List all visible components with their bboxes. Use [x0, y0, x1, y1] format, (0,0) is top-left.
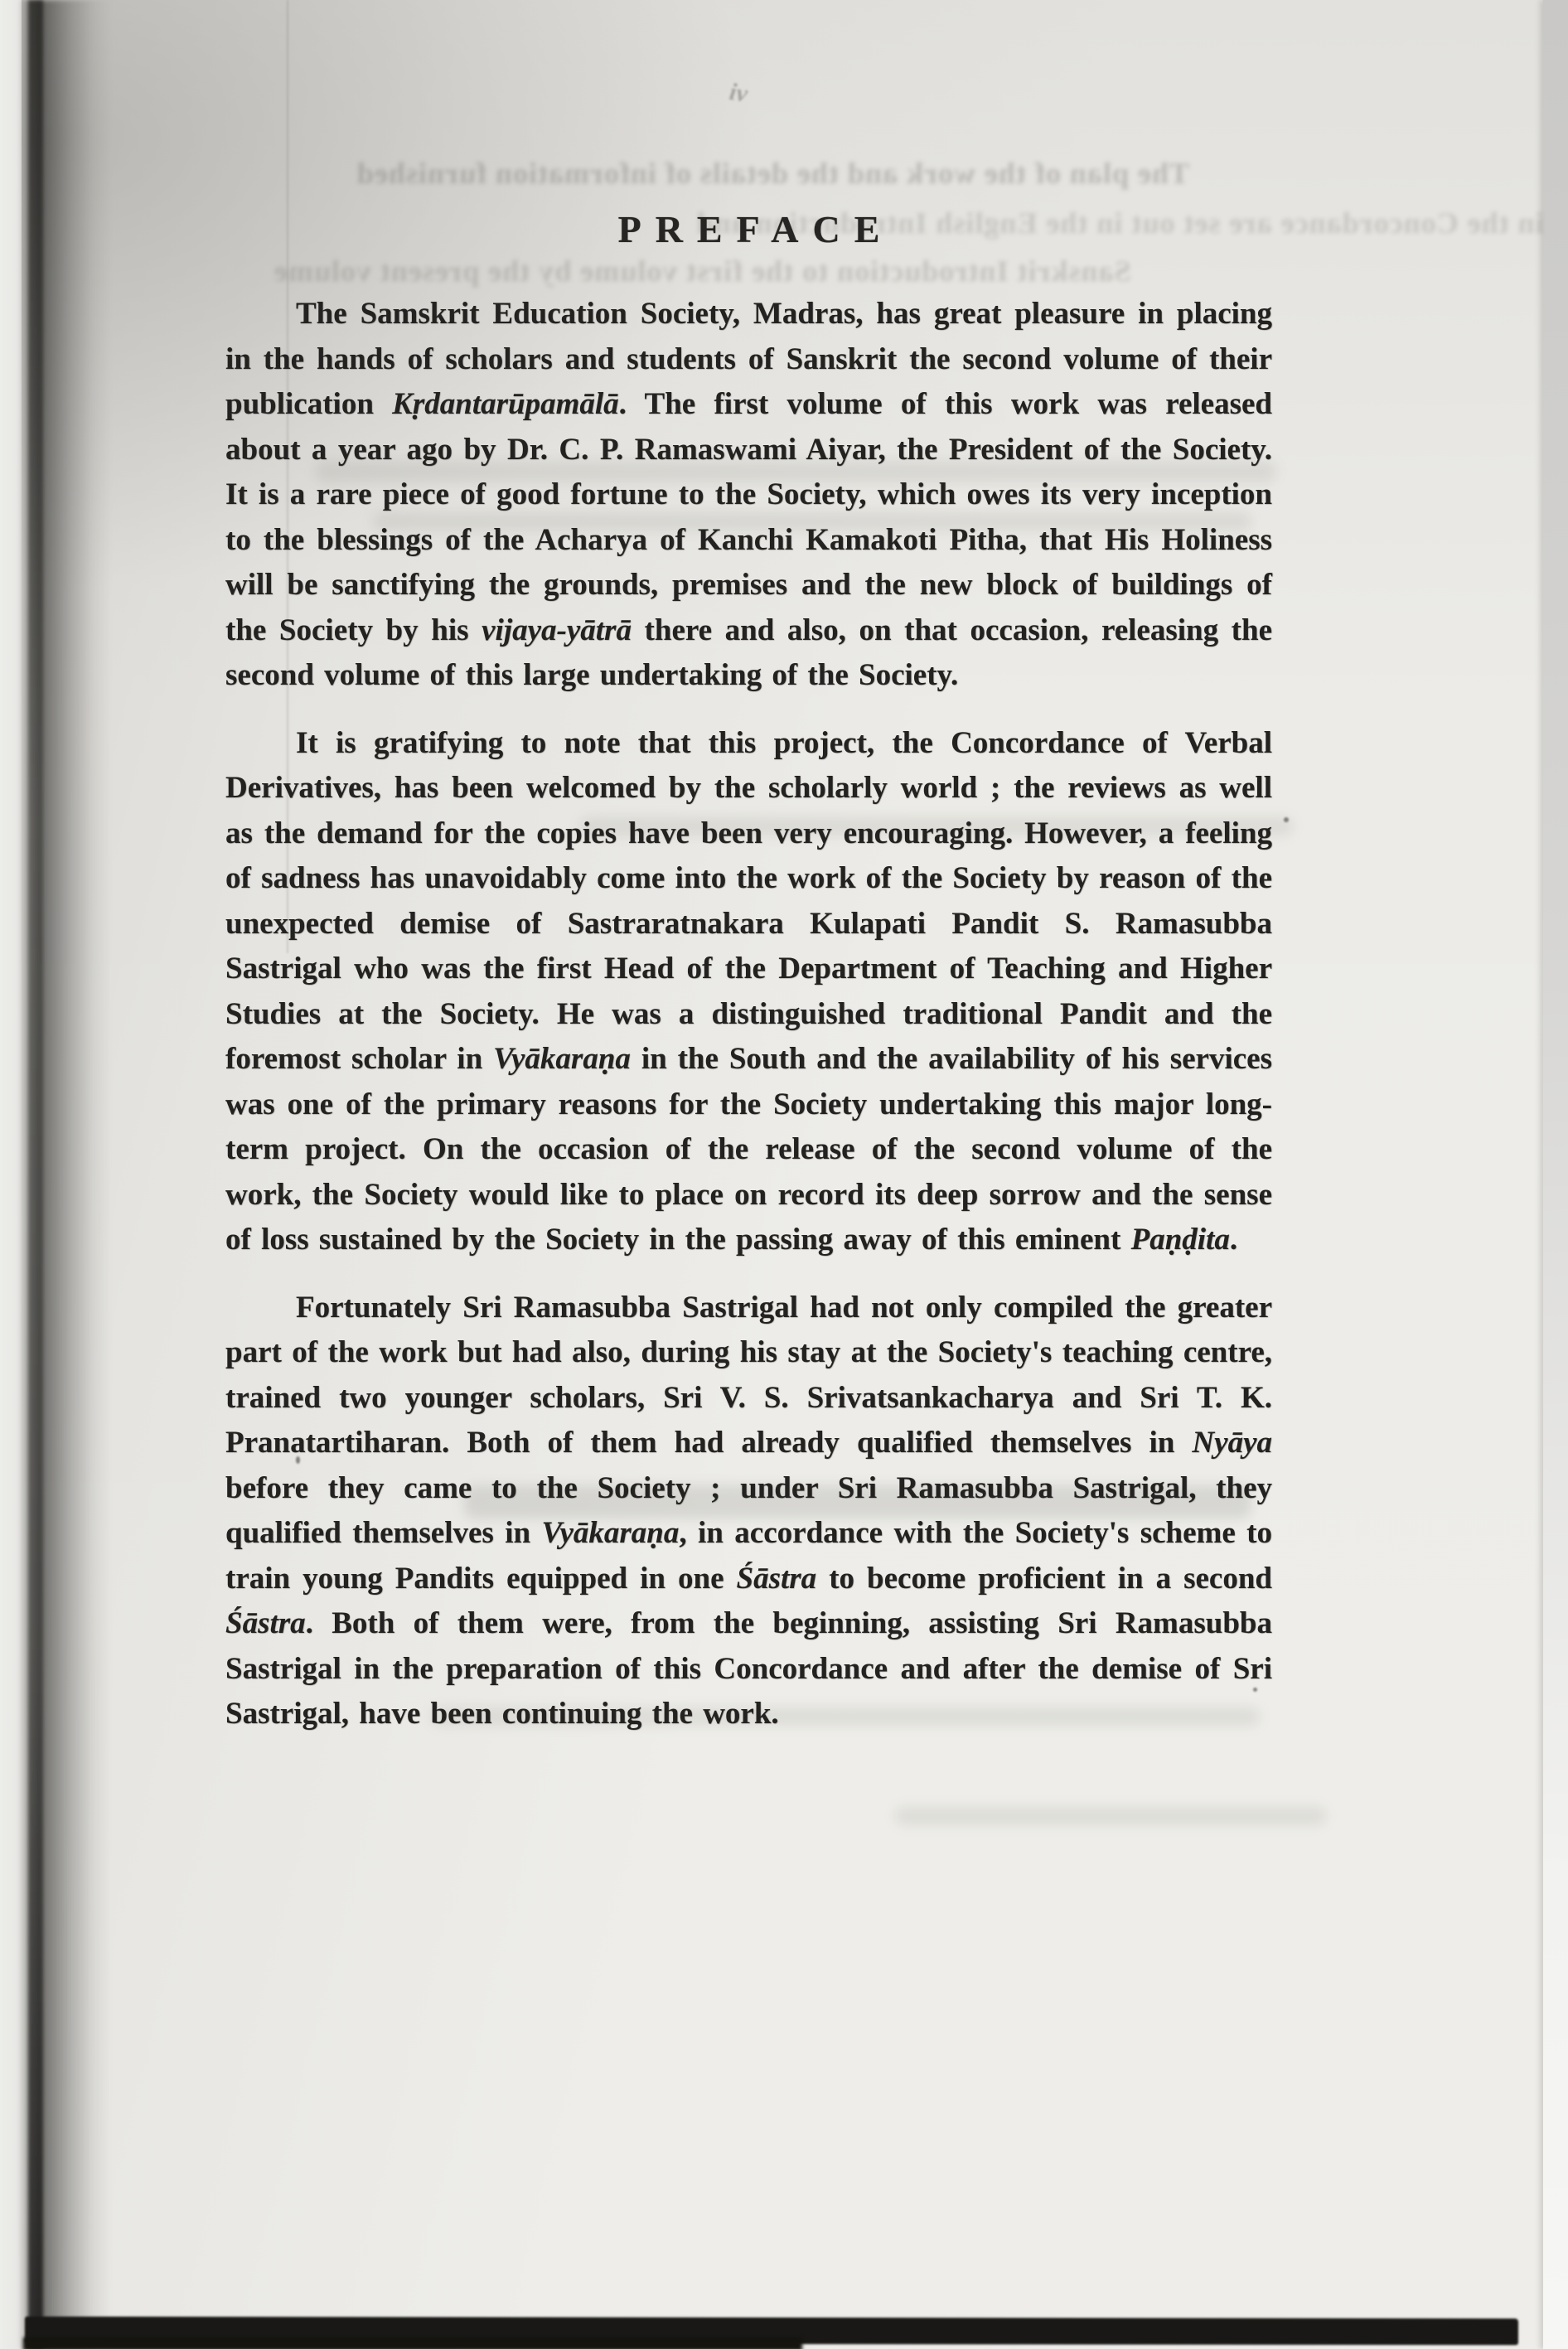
ink-speck: [296, 1456, 300, 1464]
paragraph: It is gratifying to note that this proje…: [225, 721, 1272, 1263]
scanner-edge-left: [0, 0, 22, 2349]
scanned-page: The plan of the work and the details of …: [0, 0, 1568, 2349]
bleed-through-streak: [895, 1807, 1326, 1825]
paragraph: Fortunately Sri Ramasubba Sastrigal had …: [225, 1286, 1272, 1737]
page-edge-right: [1543, 0, 1568, 2349]
paragraph: The Samskrit Education Society, Madras, …: [225, 292, 1272, 699]
page-number: iv: [728, 78, 781, 113]
preface-text: The Samskrit Education Society, Madras, …: [225, 292, 1272, 1760]
bleed-through-line: The plan of the work and the details of …: [356, 156, 1189, 191]
bleed-through-line: Sanskrit Introduction to the first volum…: [273, 254, 1131, 288]
page-title: PREFACE: [225, 207, 1272, 251]
ink-speck: [1253, 1688, 1257, 1692]
ink-speck: [1284, 817, 1289, 822]
binding-gutter-line: [28, 0, 43, 2349]
scan-edge-band: [23, 2337, 802, 2349]
